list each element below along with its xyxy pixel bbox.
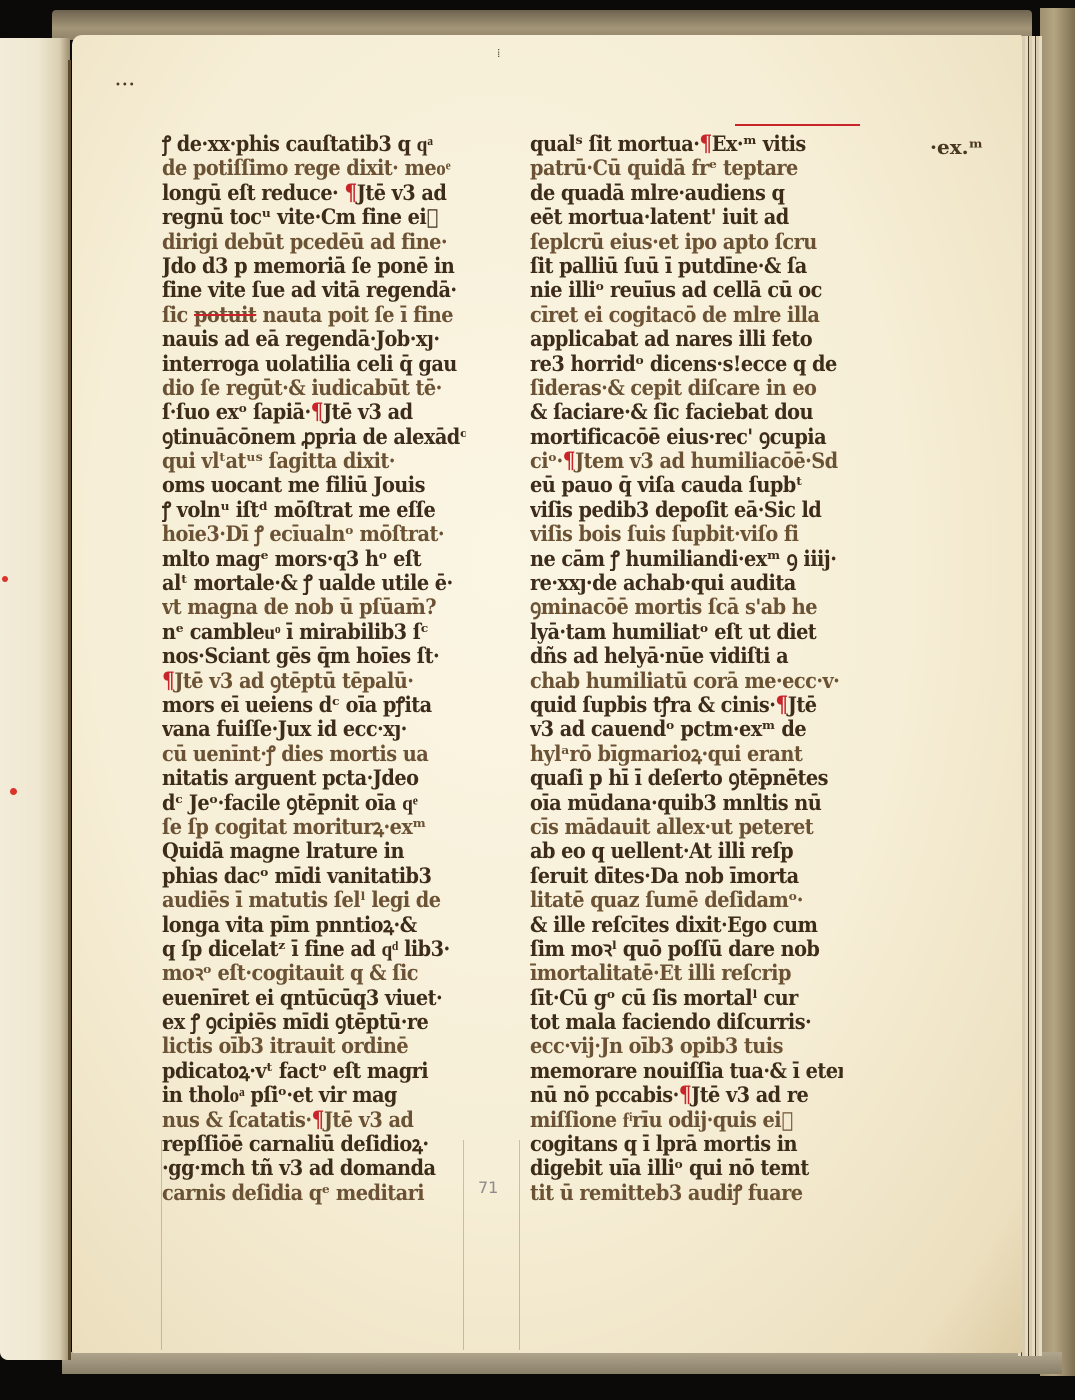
text-line: ꝯtinuācōnem ꝓpria de alexādᵒ bbox=[162, 425, 466, 449]
text-line: tot mala faciendo diſcurris· bbox=[530, 1010, 843, 1034]
text-line: ·gg·mch tñ v3 ad domanda bbox=[162, 1156, 466, 1180]
text-line: oīa mūdana·quib3 mnltis nū bbox=[530, 791, 843, 815]
text-line: patrū·Cū quidā frᵉ teptare bbox=[530, 156, 843, 180]
text-line: pdicatoꝝ·vᵗ factᵒ eſt magri bbox=[162, 1059, 466, 1083]
text-line: & ſaciare·& ſic faciebat dou bbox=[530, 400, 843, 424]
text-line: carnis deſidia qᵉ meditari bbox=[162, 1181, 466, 1205]
text-line: nauis ad eā regendā·Job·xȷ· bbox=[162, 327, 466, 351]
binding-spine-right bbox=[1040, 8, 1075, 1376]
text-line: Quidā magne lrature in bbox=[162, 839, 466, 863]
text-line: ꝭ de·xx·phis cauſtatib3 q qͣ bbox=[162, 132, 466, 156]
text-line: viſis pedib3 depoſit eā·Sic ld bbox=[530, 498, 843, 522]
text-line: ciᵒ·¶Jtem v3 ad humiliacōē·Sd bbox=[530, 449, 843, 473]
paragraph-mark-icon: ¶ bbox=[311, 400, 323, 424]
text-line: hoīe3·Dī ꝭ ecīualnᵒ mōſtrat· bbox=[162, 522, 466, 546]
red-ink-spot bbox=[2, 576, 8, 582]
margin-dots: ••• bbox=[115, 80, 136, 91]
paragraph-mark-icon: ¶ bbox=[563, 449, 575, 473]
text-line: re3 horridᵒ dicens·s!ecce q de bbox=[530, 352, 843, 376]
paragraph-mark-icon: ¶ bbox=[699, 132, 711, 156]
text-line: & ille reſcītes dixit·Ego cum bbox=[530, 913, 843, 937]
text-line: longū eſt reduce· ¶Jtē v3 ad bbox=[162, 181, 466, 205]
text-line: memorare nouiſſia tua·& ī eter bbox=[530, 1059, 843, 1083]
text-line: applicabat ad nares illi feto bbox=[530, 327, 843, 351]
ruling-line bbox=[519, 1140, 520, 1350]
text-line: oms uocant me filiū Jouis bbox=[162, 473, 466, 497]
book-gutter bbox=[68, 60, 71, 1360]
text-line: ſic potuit nauta poit ſe ī fine bbox=[162, 303, 466, 327]
text-line: quid ſupbis tꝭra & cinis·¶Jtē bbox=[530, 693, 843, 717]
text-line: dñs ad helyā·nūe vidiſti a bbox=[530, 644, 843, 668]
text-line: v3 ad cauendᵒ pctm·exᵐ de bbox=[530, 717, 843, 741]
text-line: Jdo d3 p memoriā ſe ponē in bbox=[162, 254, 466, 278]
text-line: miſſione fͥrīu odij·quis eiᷓ bbox=[530, 1108, 843, 1132]
text-line: ſim moꝛˡ quō poſſū dare nob bbox=[530, 937, 843, 961]
text-line: ſit palliū ſuū ī putdīne·& ſa bbox=[530, 254, 843, 278]
text-line: de potiſſimo rege dixit· meoͤ bbox=[162, 156, 466, 180]
text-line: cogitans q ī lprā mortis in bbox=[530, 1132, 843, 1156]
text-line: eēt mortua·latent' iuit ad bbox=[530, 205, 843, 229]
facing-page-left bbox=[0, 38, 70, 1360]
text-line: dᶜ Jeᵒ·facile ꝯtēpnit oīa qͤ bbox=[162, 791, 466, 815]
binding-bottom-edge bbox=[62, 1352, 1062, 1374]
text-line: ſeruit dītes·Da nob īmorta bbox=[530, 864, 843, 888]
text-line: nos·Sciant gēs q̄m hoīes ſt· bbox=[162, 644, 466, 668]
paragraph-mark-icon: ¶ bbox=[312, 1108, 324, 1132]
text-line: interroga uolatilia celi q̄ gau bbox=[162, 352, 466, 376]
rubric-flourish bbox=[735, 124, 860, 126]
text-line: re·xxȷ·de achab·qui audita bbox=[530, 571, 843, 595]
text-line: cīs mādauit allex·ut peteret bbox=[530, 815, 843, 839]
text-line: qualˢ ſit mortua·¶Ex·ᵐ vitis bbox=[530, 132, 843, 156]
text-line: repſſiōē carnaliū deſidioꝝ· bbox=[162, 1132, 466, 1156]
text-line: cīret ei cogitacō de mlre illa bbox=[530, 303, 843, 327]
text-line: regnū tocᵘ vite·Cm fine eiᷓ bbox=[162, 205, 466, 229]
margin-mark-top: ⁞ bbox=[497, 48, 500, 58]
text-line: hylᵃrō bīgmarioꝝ·qui erant bbox=[530, 742, 843, 766]
struck-word: potuit bbox=[194, 303, 256, 327]
text-line: dirigi debūt pcedēū ad fine· bbox=[162, 230, 466, 254]
text-line: nū nō pccabis·¶Jtē v3 ad re bbox=[530, 1083, 843, 1107]
text-line: quaſi p hī ī deſerto ꝯtēpnētes bbox=[530, 766, 843, 790]
text-line: digebit uīa illiᵒ qui nō temt bbox=[530, 1156, 843, 1180]
text-line: audiēs ī matutis ſelˡ legi de bbox=[162, 888, 466, 912]
text-line: lyā·tam humiliatᵒ eſt ut diet bbox=[530, 620, 843, 644]
text-line: in tholoͣ pſiᵒ·et vir mag bbox=[162, 1083, 466, 1107]
text-line: ¶Jtē v3 ad ꝯtēptū tēpalū· bbox=[162, 669, 466, 693]
text-line: nus & ſcatatis·¶Jtē v3 ad bbox=[162, 1108, 466, 1132]
text-line: longa vita pīm pnntioꝝ·& bbox=[162, 913, 466, 937]
text-line: mors eī ueiens dᶜ oīa pꝭita bbox=[162, 693, 466, 717]
text-line: mlto magᵉ mors·q3 hᵒ eſt bbox=[162, 547, 466, 571]
text-line: eū pauo q̄ viſa cauda ſupbᵗ bbox=[530, 473, 843, 497]
text-line: viſis bois ſuis ſupbit·viſo fi bbox=[530, 522, 843, 546]
text-line: ꝭ volnᵘ iſtᵈ mōſtrat me eſſe bbox=[162, 498, 466, 522]
text-line: ſīt·Cū gᵒ cū ſis mortalˡ cur bbox=[530, 986, 843, 1010]
text-line: ab eo q uellent·At illi reſp bbox=[530, 839, 843, 863]
text-line: dio ſe regūt·& iudicabūt tē· bbox=[162, 376, 466, 400]
text-line: nᵉ cambleuͦ ī mirabilib3 ſᶜ bbox=[162, 620, 466, 644]
text-line: chab humiliatū corā me·ecc·v· bbox=[530, 669, 843, 693]
text-line: q ſp dicelatᶻ ī fine ad qͩ lib3· bbox=[162, 937, 466, 961]
text-line: moꝛᵒ eſt·cogitauit q & ſic bbox=[162, 961, 466, 985]
marginal-note-right: ·ex.ᵐ bbox=[930, 135, 983, 159]
text-line: de quadā mlre·audiens q bbox=[530, 181, 843, 205]
text-line: ne cām ꝭ humiliandi·exᵐ ꝯ iiij· bbox=[530, 547, 843, 571]
text-line: ꝯminacōē mortis ſcā s'ab he bbox=[530, 595, 843, 619]
text-line: mortificacōē eius·rec' ꝯcupia bbox=[530, 425, 843, 449]
paragraph-mark-icon: ¶ bbox=[344, 181, 356, 205]
text-line: nie illiᵒ reuīus ad cellā cū oc bbox=[530, 278, 843, 302]
text-line: vana fuiſſe·Jux id ecc·xȷ· bbox=[162, 717, 466, 741]
red-ink-spot bbox=[10, 788, 17, 795]
text-line: alᵗ mortale·& ꝭ ualde utile ē· bbox=[162, 571, 466, 595]
text-line: ecc·vij·Jn oīb3 opib3 tuis bbox=[530, 1034, 843, 1058]
text-line: phias dacᵒ mīdi vanitatib3 bbox=[162, 864, 466, 888]
text-line: euenīret ei qntūcūq3 viuet· bbox=[162, 986, 466, 1010]
text-line: litatē quaz ſumē deſidamᵒ· bbox=[530, 888, 843, 912]
paragraph-mark-icon: ¶ bbox=[679, 1083, 691, 1107]
text-line: vt magna de nob ū pſūam̄? bbox=[162, 595, 466, 619]
text-line: īmortalitatē·Et illi reſcrip bbox=[530, 961, 843, 985]
text-line: ſ·ſuo exᵒ ſapiā·¶Jtē v3 ad bbox=[162, 400, 466, 424]
text-line: ſe ſp cogitat moriturꝝ·exᵐ bbox=[162, 815, 466, 839]
paragraph-mark-icon: ¶ bbox=[162, 669, 174, 693]
text-line: tit ū remitteb3 audiꝭ fuare bbox=[530, 1181, 843, 1205]
text-line: lictis oīb3 itrauit ordinē bbox=[162, 1034, 466, 1058]
text-line: ſeplcrū eius·et ipo apto ſcru bbox=[530, 230, 843, 254]
text-column-left: ꝭ de·xx·phis cauſtatib3 q qͣde potiſſimo… bbox=[162, 132, 492, 1205]
text-line: ſideras·& cepit diſcare in eo bbox=[530, 376, 843, 400]
text-line: fine vite ſue ad vitā regendā· bbox=[162, 278, 466, 302]
text-line: ex ꝭ ꝯcipiēs mīdi ꝯtēptū·re bbox=[162, 1010, 466, 1034]
text-line: nitatis arguent pcta·Jdeo bbox=[162, 766, 466, 790]
text-line: qui vlᵗatᵘˢ ſagitta dixit· bbox=[162, 449, 466, 473]
paragraph-mark-icon: ¶ bbox=[775, 693, 787, 717]
text-line: cū uenīnt·ꝭ dies mortis ua bbox=[162, 742, 466, 766]
text-column-right: qualˢ ſit mortua·¶Ex·ᵐ vitispatrū·Cū qui… bbox=[530, 132, 870, 1205]
